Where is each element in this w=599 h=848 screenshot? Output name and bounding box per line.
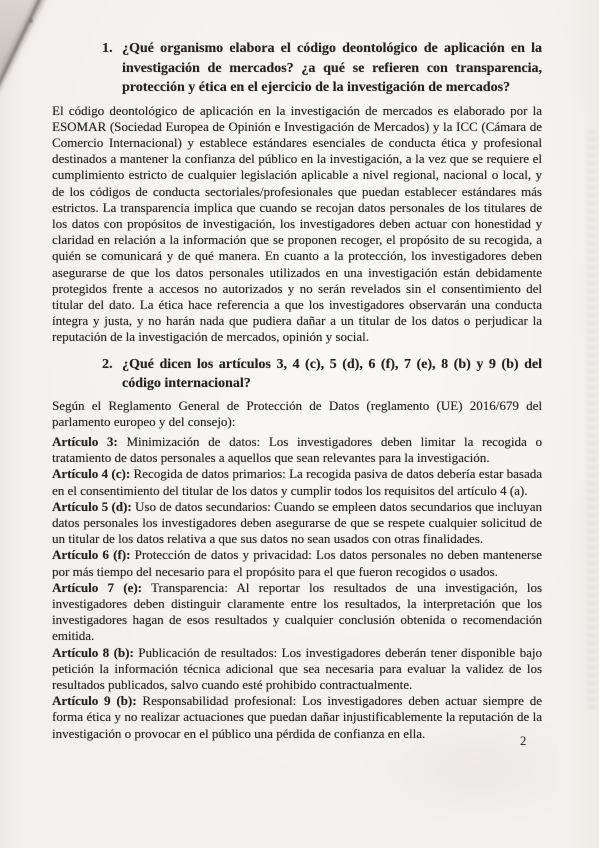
page-number: 2 [520, 734, 526, 749]
gdpr-intro-paragraph: Según el Reglamento General de Protecció… [52, 398, 542, 430]
question-2-heading: 2. ¿Qué dicen los artículos 3, 4 (c), 5 … [102, 355, 542, 394]
article-6f-item: Artículo 6 (f): Protección de datos y pr… [52, 547, 542, 579]
articles-list: Artículo 3: Minimización de datos: Los i… [52, 434, 542, 742]
article-8b-label: Artículo 8 (b): [52, 645, 134, 660]
question-2-text: ¿Qué dicen los artículos 3, 4 (c), 5 (d)… [122, 355, 542, 394]
question-1-heading: 1. ¿Qué organismo elabora el código deon… [102, 39, 542, 98]
article-3-label: Artículo 3: [52, 434, 118, 449]
article-7e-item: Artículo 7 (e): Transparencia: Al report… [52, 580, 542, 645]
article-3-item: Artículo 3: Minimización de datos: Los i… [52, 434, 542, 466]
question-1-text: ¿Qué organismo elabora el código deontol… [122, 39, 542, 98]
document-content: 1. ¿Qué organismo elabora el código deon… [0, 0, 599, 742]
answer-question-1: El código deontológico de aplicación en … [52, 103, 542, 346]
question-1-number: 1. [102, 39, 122, 98]
article-9b-item: Artículo 9 (b): Responsabilidad profesio… [52, 693, 542, 742]
article-3-text: Minimización de datos: Los investigadore… [52, 434, 542, 465]
question-2-number: 2. [102, 355, 122, 394]
article-4c-item: Artículo 4 (c): Recogida de datos primar… [52, 466, 542, 498]
article-4c-label: Artículo 4 (c): [52, 466, 130, 481]
article-6f-label: Artículo 6 (f): [52, 547, 130, 562]
scanned-document-page: 1. ¿Qué organismo elabora el código deon… [0, 0, 599, 848]
article-7e-label: Artículo 7 (e): [52, 580, 142, 595]
article-8b-item: Artículo 8 (b): Publicación de resultado… [52, 645, 542, 694]
article-5d-item: Artículo 5 (d): Uso de datos secundarios… [52, 499, 542, 548]
article-5d-label: Artículo 5 (d): [52, 499, 132, 514]
article-9b-label: Artículo 9 (b): [52, 693, 137, 708]
